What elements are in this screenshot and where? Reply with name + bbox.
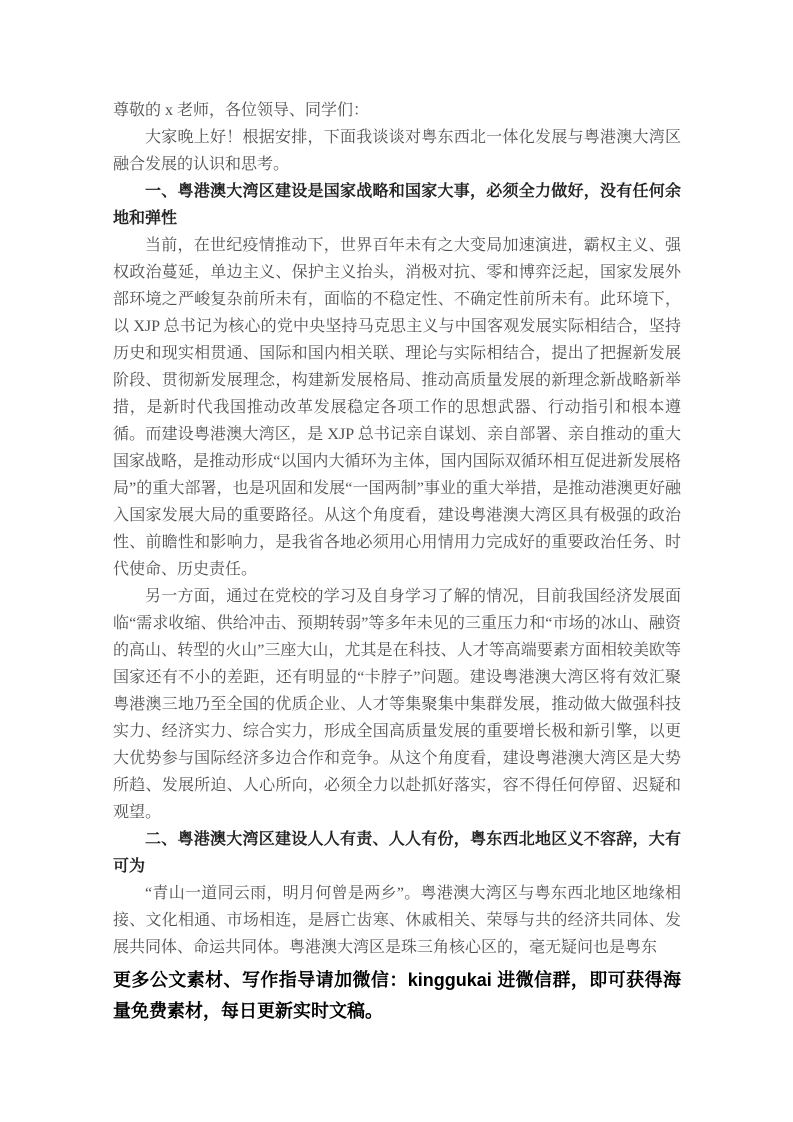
promo-footer-text: 更多公文素材、写作指导请加微信：kinggukai 进微信群，即可获得海量免费素…	[113, 965, 681, 1027]
section-heading-1: 一、粤港澳大湾区建设是国家战略和国家大事，必须全力做好，没有任何余地和弹性	[113, 178, 681, 232]
document-page: 尊敬的 x 老师，各位领导、同学们： 大家晚上好！根据安排，下面我谈谈对粤东西北…	[0, 0, 793, 1122]
section-2-paragraph-1: “青山一道同云雨，明月何曾是两乡”。粤港澳大湾区与粤东西北地区地缘相接、文化相通…	[113, 880, 681, 961]
section-heading-2: 二、粤港澳大湾区建设人人有责、人人有份，粤东西北地区义不容辞，大有可为	[113, 826, 681, 880]
document-body: 尊敬的 x 老师，各位领导、同学们： 大家晚上好！根据安排，下面我谈谈对粤东西北…	[113, 97, 681, 1027]
salutation-line: 尊敬的 x 老师，各位领导、同学们：	[113, 97, 681, 124]
section-1-paragraph-2: 另一方面，通过在党校的学习及自身学习了解的情况，目前我国经济发展面临“需求收缩、…	[113, 583, 681, 826]
opening-paragraph: 大家晚上好！根据安排，下面我谈谈对粤东西北一体化发展与粤港澳大湾区融合发展的认识…	[113, 124, 681, 178]
section-1-paragraph-1: 当前，在世纪疫情推动下，世界百年未有之大变局加速演进，霸权主义、强权政治蔓延，单…	[113, 232, 681, 583]
